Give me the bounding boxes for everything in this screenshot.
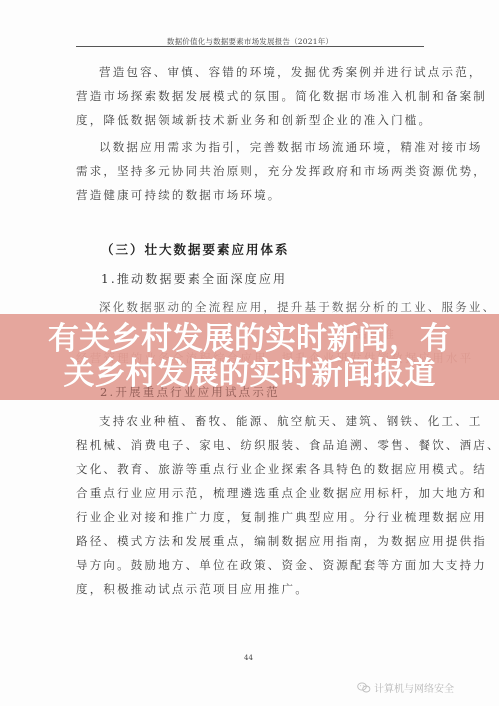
paragraph-1-line-1: 营造包容、审慎、容错的环境，发掘优秀案例并进行试点示范， — [99, 64, 424, 80]
wechat-icon — [357, 682, 371, 693]
section-title: （三）壮大数据要素应用体系 — [101, 240, 290, 258]
subsection-2-line-6: 路径、模式方法和发展重点，编制数据应用指南，为数据应用提供指 — [76, 533, 424, 549]
subsection-2-line-2: 程机械、消费电子、家电、纺织服装、食品追溯、零售、餐饮、酒店、 — [76, 437, 424, 453]
paragraph-2-line-3: 营造健康可持续的数据市场环境。 — [76, 187, 424, 203]
paragraph-1-line-2: 营造市场探索数据发展模式的氛围。简化数据市场准入机制和备案制 — [76, 88, 424, 104]
page-number: 44 — [244, 654, 253, 662]
subsection-2-line-3: 文化、教育、旅游等重点行业企业探索各具特色的数据应用模式。结 — [76, 461, 424, 477]
paragraph-2-line-1: 以数据应用需求为指引，完善数据市场流通环境，精准对接市场 — [99, 139, 424, 155]
subsection-2-line-1: 支持农业种植、畜牧、能源、航空航天、建筑、钢铁、化工、工 — [99, 413, 424, 429]
banner-headline-line-1: 有关乡村发展的实时新闻，有 — [0, 322, 499, 356]
header-rule — [76, 46, 424, 47]
watermark: 计算机与网络安全 — [357, 680, 454, 695]
subsection-2-line-5: 行业企业对接和推广力度，复制推广典型应用。分行业梳理数据应用 — [76, 509, 424, 525]
subsection-2-line-8: 度，积极推动试点示范项目应用推广。 — [76, 581, 424, 597]
document-page: 数据价值化与数据要素市场发展报告（2021年） 营造包容、审慎、容错的环境，发掘… — [0, 0, 499, 706]
subsection-2-line-4: 合重点行业应用示范，梳理遴选重点企业数据应用标杆，加大地方和 — [76, 485, 424, 501]
paragraph-1-line-3: 度，降低数据领域新技术新业务和创新型企业的准入门槛。 — [76, 112, 424, 128]
subsection-1-line-1: 深化数据驱动的全流程应用，提升基于数据分析的工业、服务业、 — [99, 299, 424, 315]
subsection-2-line-7: 导方向。鼓励地方、单位在政策、资金、资源配套等方面加大支持力 — [76, 557, 424, 573]
banner-headline-line-2: 关乡村发展的实时新闻报道 — [0, 357, 499, 391]
subsection-1-title: 1.推动数据要素全面深度应用 — [101, 270, 287, 287]
watermark-text: 计算机与网络安全 — [374, 680, 454, 695]
paragraph-2-line-2: 需求，坚持多元协同共治原则，充分发挥政府和市场两类资源优势， — [76, 163, 424, 179]
